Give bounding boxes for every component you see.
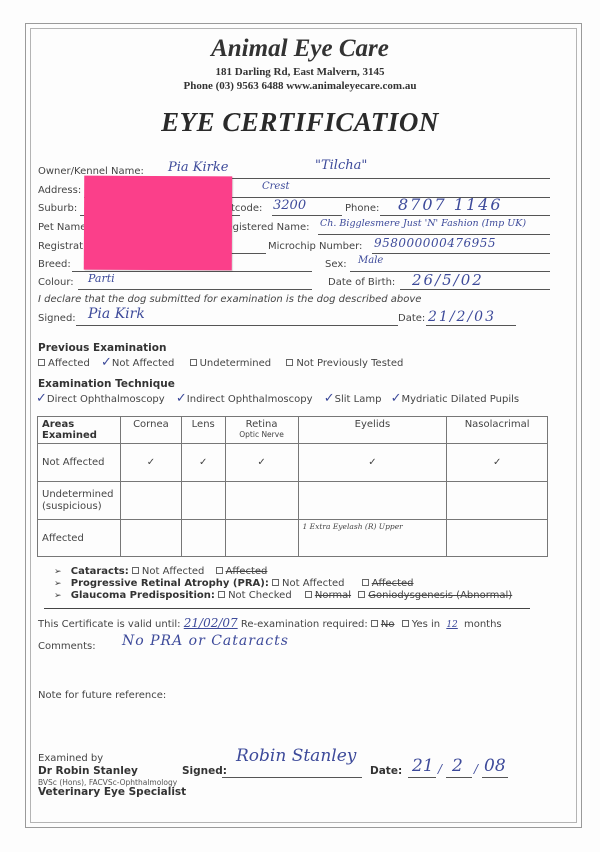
technique-slit-lamp[interactable]: ✓Slit Lamp (324, 394, 382, 405)
table-cell[interactable] (121, 520, 182, 557)
examiner-signed-label: Signed: (182, 765, 227, 777)
checkbox-icon (358, 591, 365, 598)
table-cell[interactable] (121, 482, 182, 520)
checkbox-icon (402, 620, 409, 627)
row-label: Affected (38, 520, 121, 557)
microchip-label: Microchip Number: (268, 241, 362, 252)
dob-value[interactable]: 26/5/02 (412, 271, 484, 289)
table-cell[interactable] (447, 520, 548, 557)
examiner-name: Dr Robin Stanley (38, 765, 138, 777)
examiner-signature[interactable]: Robin Stanley (236, 746, 356, 766)
table-cell[interactable] (181, 482, 225, 520)
checkmark-icon: ✓ (36, 391, 47, 406)
corner-header: Areas Examined (38, 417, 121, 444)
table-cell[interactable] (225, 520, 298, 557)
checkbox-icon (362, 579, 369, 586)
examiner-date-year[interactable]: 08 (484, 756, 506, 776)
declaration-date-label: Date: (398, 313, 425, 324)
table-cell[interactable] (447, 482, 548, 520)
pet-nickname[interactable]: "Tilcha" (315, 158, 367, 173)
valid-until-value[interactable]: 21/02/07 (184, 616, 238, 630)
checkbox-icon (218, 591, 225, 598)
checkbox-icon (305, 591, 312, 598)
examiner-title: Veterinary Eye Specialist (38, 786, 186, 798)
column-header: Cornea (121, 417, 182, 444)
checkmark-icon: ✓ (101, 355, 112, 370)
technique-heading: Examination Technique (38, 378, 175, 390)
cataracts-not-affected[interactable]: Not Affected (132, 566, 205, 577)
cataracts-affected[interactable]: Affected (216, 566, 268, 577)
phone-value[interactable]: 8707 1146 (398, 195, 503, 214)
declaration-date-value[interactable]: 21/2/03 (428, 309, 496, 325)
address-label: Address: (38, 185, 81, 196)
checkbox-icon (286, 359, 293, 366)
examiner-date-month[interactable]: 2 (452, 756, 463, 776)
table-row: Affected 1 Extra Eyelash (R) Upper (38, 520, 548, 557)
table-cell[interactable]: ✓ (298, 444, 447, 482)
table-cell[interactable]: ✓ (121, 444, 182, 482)
condition-cataracts: ➢ Cataracts: Not Affected Affected (54, 566, 267, 577)
checkbox-icon (190, 359, 197, 366)
prev-option-not-tested[interactable]: Not Previously Tested (286, 358, 403, 369)
owner-signature[interactable]: Pia Kirk (88, 306, 145, 322)
declaration-text: I declare that the dog submitted for exa… (38, 294, 421, 305)
examined-by-label: Examined by (38, 753, 103, 764)
sex-label: Sex: (325, 259, 347, 270)
pra-not-affected[interactable]: Not Affected (272, 578, 345, 589)
note-label: Note for future reference: (38, 690, 166, 701)
sex-value[interactable]: Male (358, 255, 383, 266)
table-row: Undetermined (suspicious) (38, 482, 548, 520)
owner-value[interactable]: Pia Kirke (168, 160, 228, 175)
prev-option-affected[interactable]: Affected (38, 358, 90, 369)
checkmark-icon: ✓ (391, 391, 402, 406)
previous-exam-options: Affected ✓Not Affected Undetermined Not … (38, 355, 403, 370)
table-cell[interactable]: ✓ (447, 444, 548, 482)
technique-mydriatic[interactable]: ✓Mydriatic Dilated Pupils (391, 394, 519, 405)
table-cell[interactable] (298, 482, 447, 520)
redaction-sticky-note (84, 176, 232, 271)
months-value[interactable]: 12 (443, 620, 460, 630)
glaucoma-goniodysgenesis[interactable]: Goniodysgenesis (Abnormal) (358, 590, 512, 601)
clinic-name: Animal Eye Care (0, 35, 600, 63)
column-header: Eyelids (298, 417, 447, 444)
column-header: Lens (181, 417, 225, 444)
checkbox-icon (38, 359, 45, 366)
table-cell[interactable]: ✓ (181, 444, 225, 482)
prev-option-undetermined[interactable]: Undetermined (190, 358, 272, 369)
clinic-address: 181 Darling Rd, East Malvern, 3145 (0, 66, 600, 78)
checkbox-icon (132, 567, 139, 574)
checkmark-icon: ✓ (324, 391, 335, 406)
registered-name-label: Registered Name: (220, 222, 310, 233)
column-header: RetinaOptic Nerve (225, 417, 298, 444)
reexam-no-option[interactable]: No (371, 619, 395, 630)
checkbox-icon (216, 567, 223, 574)
microchip-value[interactable]: 958000000476955 (374, 236, 496, 250)
postcode-value[interactable]: 3200 (273, 198, 306, 213)
document-title: EYE CERTIFICATION (0, 107, 600, 138)
dob-label: Date of Birth: (328, 277, 395, 288)
comments-label: Comments: (38, 641, 96, 652)
table-cell[interactable] (181, 520, 225, 557)
breed-label: Breed: (38, 259, 71, 270)
exam-results-table: Areas Examined Cornea Lens RetinaOptic N… (37, 416, 548, 557)
prev-option-not-affected[interactable]: ✓Not Affected (101, 358, 174, 369)
table-cell[interactable]: 1 Extra Eyelash (R) Upper (298, 520, 447, 557)
registration-label: Registrat (38, 241, 83, 252)
table-cell[interactable]: ✓ (225, 444, 298, 482)
reexam-yes-option[interactable]: Yes in (402, 619, 440, 630)
condition-glaucoma: ➢ Glaucoma Predisposition: Not Checked N… (54, 590, 512, 601)
owner-signed-label: Signed: (38, 313, 76, 324)
examiner-date-label: Date: (370, 765, 402, 777)
suburb-label: Suburb: (38, 203, 77, 214)
validity-row: This Certificate is valid until: 21/02/0… (38, 616, 502, 630)
technique-indirect[interactable]: ✓Indirect Ophthalmoscopy (176, 394, 313, 405)
row-label: Undetermined (suspicious) (38, 482, 121, 520)
technique-options: ✓Direct Ophthalmoscopy ✓Indirect Ophthal… (36, 391, 519, 406)
address-value[interactable]: Crest (262, 181, 290, 192)
glaucoma-normal[interactable]: Normal (305, 590, 351, 601)
checkbox-icon (272, 579, 279, 586)
pet-name-label: Pet Name (38, 222, 86, 233)
clinic-contact: Phone (03) 9563 6488 www.animaleyecare.c… (0, 80, 600, 92)
checkbox-icon (371, 620, 378, 627)
registered-name-value[interactable]: Ch. Bigglesmere Just 'N' Fashion (Imp UK… (320, 218, 526, 229)
table-row: Not Affected ✓ ✓ ✓ ✓ ✓ (38, 444, 548, 482)
row-label: Not Affected (38, 444, 121, 482)
comments-value[interactable]: No PRA or Cataracts (122, 633, 289, 649)
phone-label: Phone: (345, 203, 379, 214)
pra-affected[interactable]: Affected (362, 578, 414, 589)
previous-exam-heading: Previous Examination (38, 342, 166, 354)
column-header: Nasolacrimal (447, 417, 548, 444)
table-header-row: Areas Examined Cornea Lens RetinaOptic N… (38, 417, 548, 444)
glaucoma-not-checked[interactable]: Not Checked (218, 590, 292, 601)
table-cell[interactable] (225, 482, 298, 520)
checkmark-icon: ✓ (176, 391, 187, 406)
colour-value[interactable]: Parti (88, 272, 115, 285)
technique-direct[interactable]: ✓Direct Ophthalmoscopy (36, 394, 165, 405)
examiner-date-day[interactable]: 21 (412, 756, 434, 776)
colour-label: Colour: (38, 277, 74, 288)
condition-pra: ➢ Progressive Retinal Atrophy (PRA): Not… (54, 578, 414, 589)
